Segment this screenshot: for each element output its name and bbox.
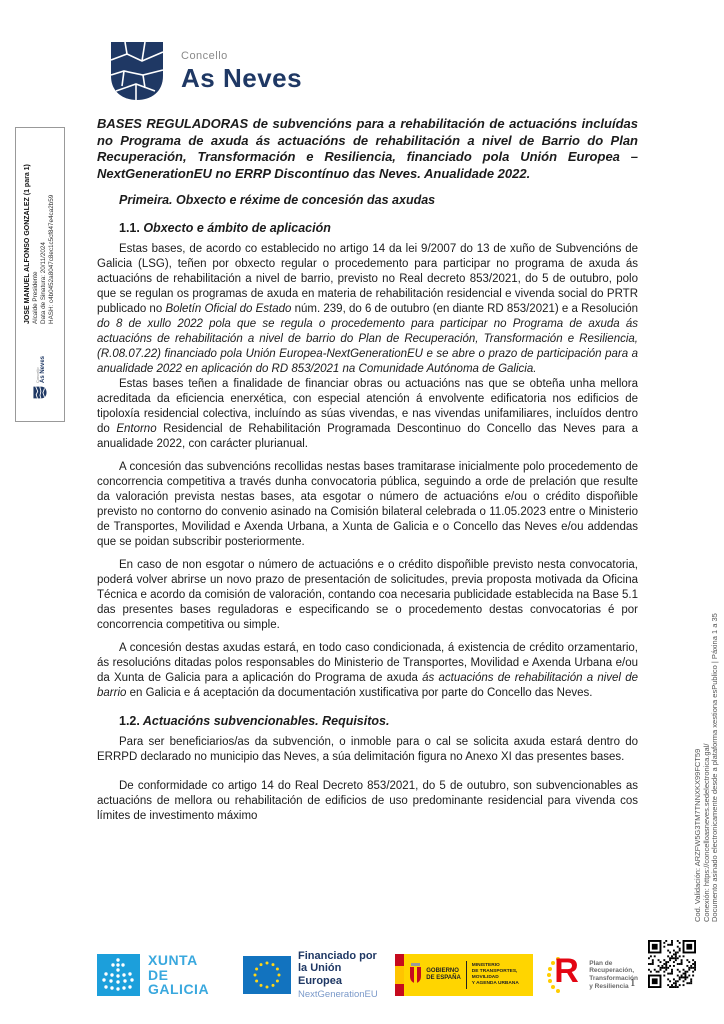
header-org-name: As Neves xyxy=(181,63,302,94)
eu-flag-icon xyxy=(243,956,291,994)
paragraph: A concesión das subvencións recollidas n… xyxy=(97,460,638,550)
signer-role: Alcalde Presidente xyxy=(32,164,40,324)
heading: Primeira. Obxecto e réxime de concesión … xyxy=(97,192,638,208)
xunta-de-galicia-logo: XUNTA DE GALICIA xyxy=(97,953,229,997)
prtr-logo: R Plan de Recuperación, Transformación y… xyxy=(545,954,638,996)
title: BASES REGULADORAS de subvencións para a … xyxy=(97,116,638,182)
ministry-line3: Y AGENDA URBANA xyxy=(472,981,533,987)
footer-logos: XUNTA DE GALICIA Financiado por la Unión… xyxy=(97,951,638,999)
paragraph: A concesión destas axudas estará, en tod… xyxy=(97,641,638,701)
page-number: 1 xyxy=(630,977,636,989)
eu-text-nextgen: NextGenerationEU xyxy=(298,989,383,1000)
header-org-type: Concello xyxy=(181,50,302,62)
prtr-r-icon: R xyxy=(545,954,585,996)
paragraph: En caso de non esgotar o número de actua… xyxy=(97,558,638,633)
eu-text-line2: la Unión Europea xyxy=(298,962,383,987)
signature-hash: HASH: c4b0452a8047c8ec1c5cf847e4ca2b59 xyxy=(48,164,56,324)
paragraph: Estas bases, de acordo co establecido no… xyxy=(97,242,638,377)
validation-margin-text: Cod. Validación: ARZFW5G3TM7TNNXKX99FCT5… xyxy=(694,582,720,922)
signature-date: Data de Sinatura: 20/11/2024 xyxy=(40,164,48,324)
paragraph: Para ser beneficiarios/as da subvención,… xyxy=(97,735,638,765)
signature-asneves-mini-logo: Concello As Neves xyxy=(33,356,47,399)
prtr-text-line2: Recuperación, xyxy=(589,967,638,975)
xunta-wordmark-line2: DE GALICIA xyxy=(148,968,229,997)
gobierno-de-espana-logo: GOBIERNO DE ESPAÑA MINISTERIO DE TRANSPO… xyxy=(395,954,533,996)
paragraph: Estas bases teñen a finalidade de financ… xyxy=(97,377,638,452)
document-content: BASES REGULADORAS de subvencións para a … xyxy=(97,116,638,824)
header: Concello As Neves xyxy=(109,40,638,104)
document-page: Concello As Neves BASES REGULADORAS de s… xyxy=(0,0,724,1024)
subheading: 1.1. Obxecto e ámbito de aplicación xyxy=(97,220,638,236)
asneves-shield-logo xyxy=(109,40,165,102)
prtr-text-line1: Plan de xyxy=(589,960,638,968)
signature-stamp-box: Concello As Neves JOSE MANUEL ALFONSO GO… xyxy=(15,127,65,422)
spain-gov-line2: DE ESPAÑA xyxy=(426,975,461,982)
signer-name: JOSE MANUEL ALFONSO GONZALEZ (1 para 1) xyxy=(24,164,32,324)
xunta-emblem-icon xyxy=(97,954,140,996)
paragraph: De conformidade co artigo 14 do Real Dec… xyxy=(97,779,638,824)
xunta-wordmark-line1: XUNTA xyxy=(148,953,229,968)
validation-statement: Documento asinado electronicamente desde… xyxy=(711,582,720,922)
spain-gov-line1: GOBIERNO xyxy=(426,968,461,975)
ministry-line2: DE TRANSPORTES, MOVILIDAD xyxy=(472,969,533,981)
subheading: 1.2. Actuacións subvencionables. Requisi… xyxy=(97,713,638,729)
qr-code xyxy=(648,940,696,988)
eu-text-line1: Financiado por xyxy=(298,950,383,963)
eu-funding-logo: Financiado por la Unión Europea NextGene… xyxy=(243,950,383,1001)
spain-flag-icon xyxy=(395,954,404,996)
signature-logo-name: As Neves xyxy=(40,356,46,383)
spain-logo-divider xyxy=(466,961,467,989)
spain-coat-of-arms-icon xyxy=(408,962,423,989)
